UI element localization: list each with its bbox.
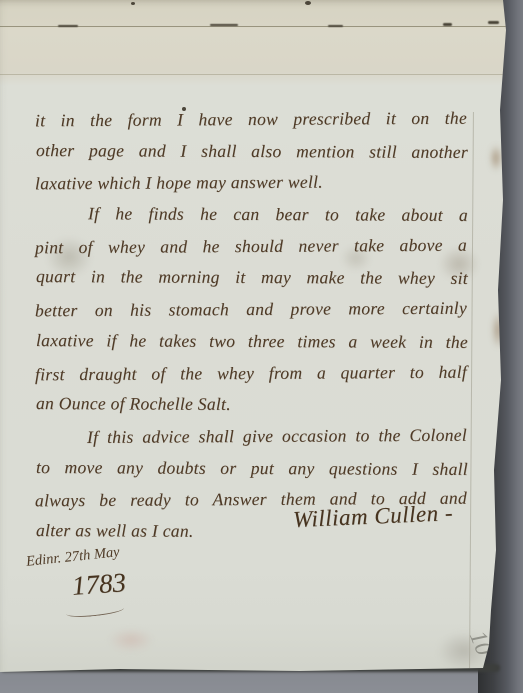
letter-line: laxative which I hope may answer well. (35, 166, 467, 200)
letter-line: better on his stomach and prove more cer… (35, 293, 467, 327)
letter-line: pint of whey and he should never take ab… (35, 229, 467, 263)
letter-line: it in the form I have now prescribed it … (35, 103, 467, 137)
ink-speck (305, 1, 311, 5)
manuscript-page: it in the form I have now prescribed it … (0, 0, 523, 693)
letter-line: If this advice shall give occasion to th… (35, 420, 467, 454)
crease-ink-mark (210, 24, 238, 26)
paper-stain (108, 628, 154, 652)
crease-ink-mark (58, 25, 78, 27)
fold-crease-second (0, 74, 506, 75)
crease-ink-mark (328, 25, 343, 27)
fold-crease-vertical (469, 112, 474, 668)
scanned-letter-image: it in the form I have now prescribed it … (0, 0, 523, 693)
letter-body: it in the form I have now prescribed it … (35, 104, 467, 548)
dateline-place: Edinr. 27th May (25, 544, 120, 571)
letter-line: an Ounce of Rochelle Salt. (36, 388, 468, 422)
dateline-year: 1783 (71, 567, 127, 602)
letter-line: laxative if he takes two three times a w… (36, 325, 468, 359)
edge-stain (490, 145, 502, 171)
crease-ink-mark (488, 21, 499, 24)
letter-line: quart in the morning it may make the whe… (36, 261, 468, 295)
letter-line: first draught of the whey from a quarter… (35, 356, 467, 390)
letter-line: to move any doubts or put any questions … (36, 452, 468, 486)
letter-line: If he finds he can bear to take about a (36, 198, 468, 232)
ink-speck (131, 2, 135, 5)
letter-line: other page and I shall also mention stil… (36, 135, 468, 169)
year-flourish (66, 603, 125, 619)
crease-ink-mark (443, 23, 452, 26)
